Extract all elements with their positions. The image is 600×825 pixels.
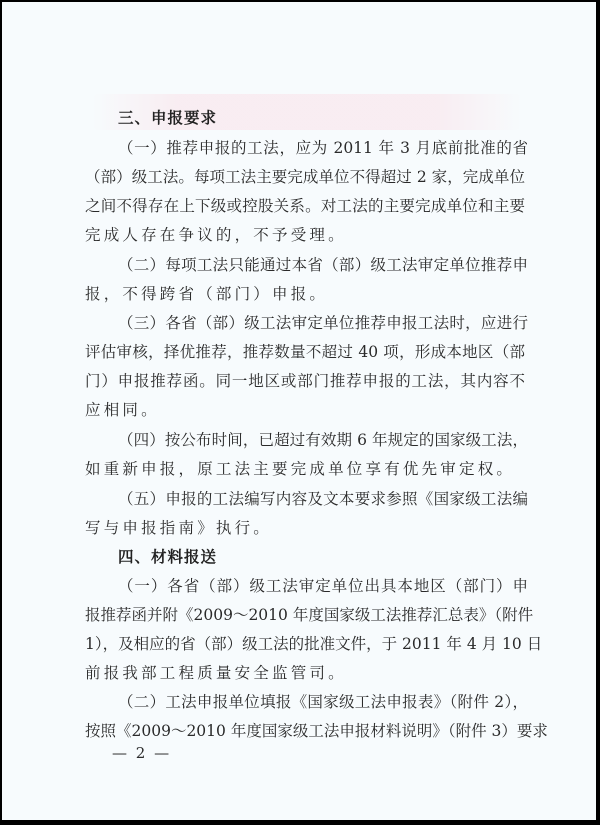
paragraph-line: 按照《2009～2010 年度国家级工法申报材料说明》（附件 3）要求 <box>85 721 525 741</box>
paragraph-line: （二）工法申报单位填报《国家级工法申报表》（附件 2）， <box>118 692 528 712</box>
section-heading: 三、申报要求 <box>118 108 528 128</box>
page-number: — 2 — <box>112 744 171 762</box>
section-heading: 四、材料报送 <box>118 547 528 567</box>
paragraph-line: （四）按公布时间，已超过有效期 6 年规定的国家级工法， <box>118 430 528 450</box>
paragraph-line: 之间不得存在上下级或控股关系。对工法的主要完成单位和主要 <box>85 196 525 216</box>
paragraph-line: 门）申报推荐函。同一地区或部门推荐申报的工法，其内容不 <box>85 371 525 391</box>
paragraph-line: （一）推荐申报的工法，应为 2011 年 3 月底前批准的省 <box>118 138 528 158</box>
paragraph-line: 完成人存在争议的，不予受理。 <box>85 225 525 245</box>
paragraph-line: （部）级工法。每项工法主要完成单位不得超过 2 家，完成单位 <box>85 167 525 187</box>
paragraph-line: 1），及相应的省（部）级工法的批准文件，于 2011 年 4 月 10 日 <box>85 634 525 654</box>
paragraph-line: 报，不得跨省（部门）申报。 <box>85 284 525 304</box>
paragraph-line: （三）各省（部）级工法审定单位推荐申报工法时，应进行 <box>118 313 528 333</box>
paragraph-line: 写与申报指南》执行。 <box>85 518 525 538</box>
paragraph-line: 报推荐函并附《2009～2010 年度国家级工法推荐汇总表》（附件 <box>85 605 525 625</box>
document-page: 三、申报要求 （一）推荐申报的工法，应为 2011 年 3 月底前批准的省 （部… <box>2 2 596 820</box>
paragraph-line: （一）各省（部）级工法审定单位出具本地区（部门）申 <box>118 576 528 596</box>
paragraph-line: 评估审核，择优推荐，推荐数量不超过 40 项，形成本地区（部 <box>85 342 525 362</box>
paragraph-line: 应相同。 <box>85 400 525 420</box>
paragraph-line: 前报我部工程质量安全监管司。 <box>85 663 525 683</box>
paragraph-line: （二）每项工法只能通过本省（部）级工法审定单位推荐申 <box>118 255 528 275</box>
paragraph-line: （五）申报的工法编写内容及文本要求参照《国家级工法编 <box>118 489 528 509</box>
paragraph-line: 如重新申报，原工法主要完成单位享有优先审定权。 <box>85 459 525 479</box>
